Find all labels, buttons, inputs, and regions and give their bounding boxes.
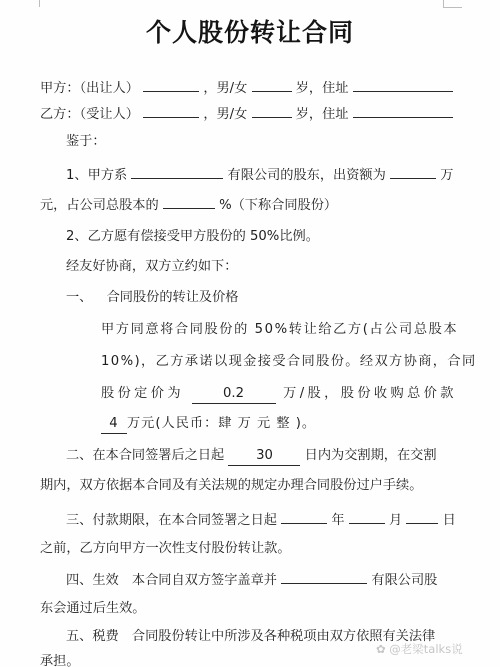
clause1-line2-suffix: %（下称合同股份）	[219, 198, 337, 213]
whereas-heading: 鉴于：	[0, 133, 500, 151]
clause1-line2-prefix: 元，占公司总股本的	[40, 198, 159, 213]
party-a-age-blank[interactable]	[252, 78, 292, 92]
party-b-address-blank[interactable]	[353, 104, 453, 118]
section1-title: 合同股份的转让及价格	[107, 290, 239, 305]
document-page: 个人股份转让合同 甲方：（出让人） ，男/女 岁，住址 乙方：（受让人） ，男/…	[0, 0, 500, 667]
section1-line4: 4万元(人民币：肆 万 元 整 )。	[0, 415, 500, 434]
company-name-blank[interactable]	[131, 165, 223, 179]
party-b-line: 乙方：（受让人） ，男/女 岁，住址	[0, 104, 500, 124]
party-b-gender-label: ，男/女	[203, 107, 247, 122]
party-b-label: 乙方：（受让人）	[40, 107, 139, 122]
section3-line1: 三、付款期限，在本合同签署之日起 年 月 日	[0, 510, 500, 530]
total-price-suffix: 万元(人民币：肆 万 元 整 )。	[127, 416, 316, 431]
party-a-address-label: 岁，住址	[296, 81, 349, 96]
clause1-line2: 元，占公司总股本的 %（下称合同股份）	[0, 195, 500, 215]
approving-company-blank[interactable]	[281, 570, 367, 584]
section1-line1: 甲方同意将合同股份的 50%转让给乙方(占公司总股本	[0, 321, 500, 339]
clause1-prefix: 1、甲方系	[66, 168, 127, 183]
party-a-line: 甲方：（出让人） ，男/女 岁，住址	[0, 78, 500, 98]
section1-heading: 一、 合同股份的转让及价格	[0, 289, 500, 307]
section3-prefix: 三、付款期限，在本合同签署之日起	[66, 513, 277, 528]
margin-corner-mark	[443, 0, 462, 8]
capital-amount-blank[interactable]	[390, 165, 436, 179]
section4-line1: 四、生效 本合同自双方签字盖章并 有限公司股	[0, 570, 500, 590]
price-suffix: 万/股，股份收购总价款	[283, 386, 457, 401]
party-b-name-blank[interactable]	[143, 104, 199, 118]
month-label: 月	[389, 513, 402, 528]
party-b-age-blank[interactable]	[252, 104, 292, 118]
agreement-intro: 经友好协商，双方立约如下：	[0, 258, 500, 276]
year-label: 年	[331, 513, 344, 528]
section2-prefix: 二、在本合同签署后之日起	[66, 448, 224, 463]
price-per-share-field[interactable]: 0.2	[192, 385, 276, 404]
clause1-unit: 万	[440, 168, 453, 183]
section4-line2: 东会通过后生效。	[0, 600, 500, 618]
total-price-field[interactable]: 4	[101, 415, 127, 434]
party-b-address-label: 岁，住址	[296, 107, 349, 122]
party-a-name-blank[interactable]	[143, 78, 199, 92]
day-label: 日	[443, 513, 456, 528]
section1-line3: 股份定价为 0.2 万/股，股份收购总价款	[0, 385, 500, 404]
section4-suffix: 有限公司股	[371, 573, 437, 588]
margin-corner-mark	[39, 0, 40, 7]
clause1-line1: 1、甲方系 有限公司的股东，出资额为 万	[0, 165, 500, 185]
section4-prefix: 四、生效 本合同自双方签字盖章并	[66, 573, 277, 588]
section1-number: 一、	[66, 290, 92, 305]
watermark: ✿ @老梁talks说	[376, 641, 463, 657]
clause2: 2、乙方愿有偿接受甲方股份的 50%比例。	[0, 228, 500, 246]
party-a-address-blank[interactable]	[353, 78, 453, 92]
delivery-days-field[interactable]: 30	[228, 447, 300, 466]
section2-line1: 二、在本合同签署后之日起 30 日内为交割期，在交割	[0, 447, 500, 466]
document-title: 个人股份转让合同	[0, 13, 500, 49]
section3-line2: 之前，乙方向甲方一次性支付股份转让款。	[0, 540, 500, 558]
party-a-gender-label: ，男/女	[203, 81, 247, 96]
party-a-label: 甲方：（出让人）	[40, 81, 139, 96]
clause1-mid: 有限公司的股东，出资额为	[228, 168, 386, 183]
share-percent-blank[interactable]	[163, 195, 215, 209]
payment-month-blank[interactable]	[349, 510, 385, 524]
section1-line2: 10%)，乙方承诺以现金接受合同股份。经双方协商，合同	[0, 353, 500, 371]
section2-suffix: 日内为交割期，在交割	[305, 448, 437, 463]
payment-year-blank[interactable]	[281, 510, 327, 524]
section2-line2: 期内，双方依据本合同及有关法规的规定办理合同股份过户手续。	[0, 477, 500, 495]
price-label: 股份定价为	[101, 386, 184, 401]
payment-day-blank[interactable]	[406, 510, 438, 524]
